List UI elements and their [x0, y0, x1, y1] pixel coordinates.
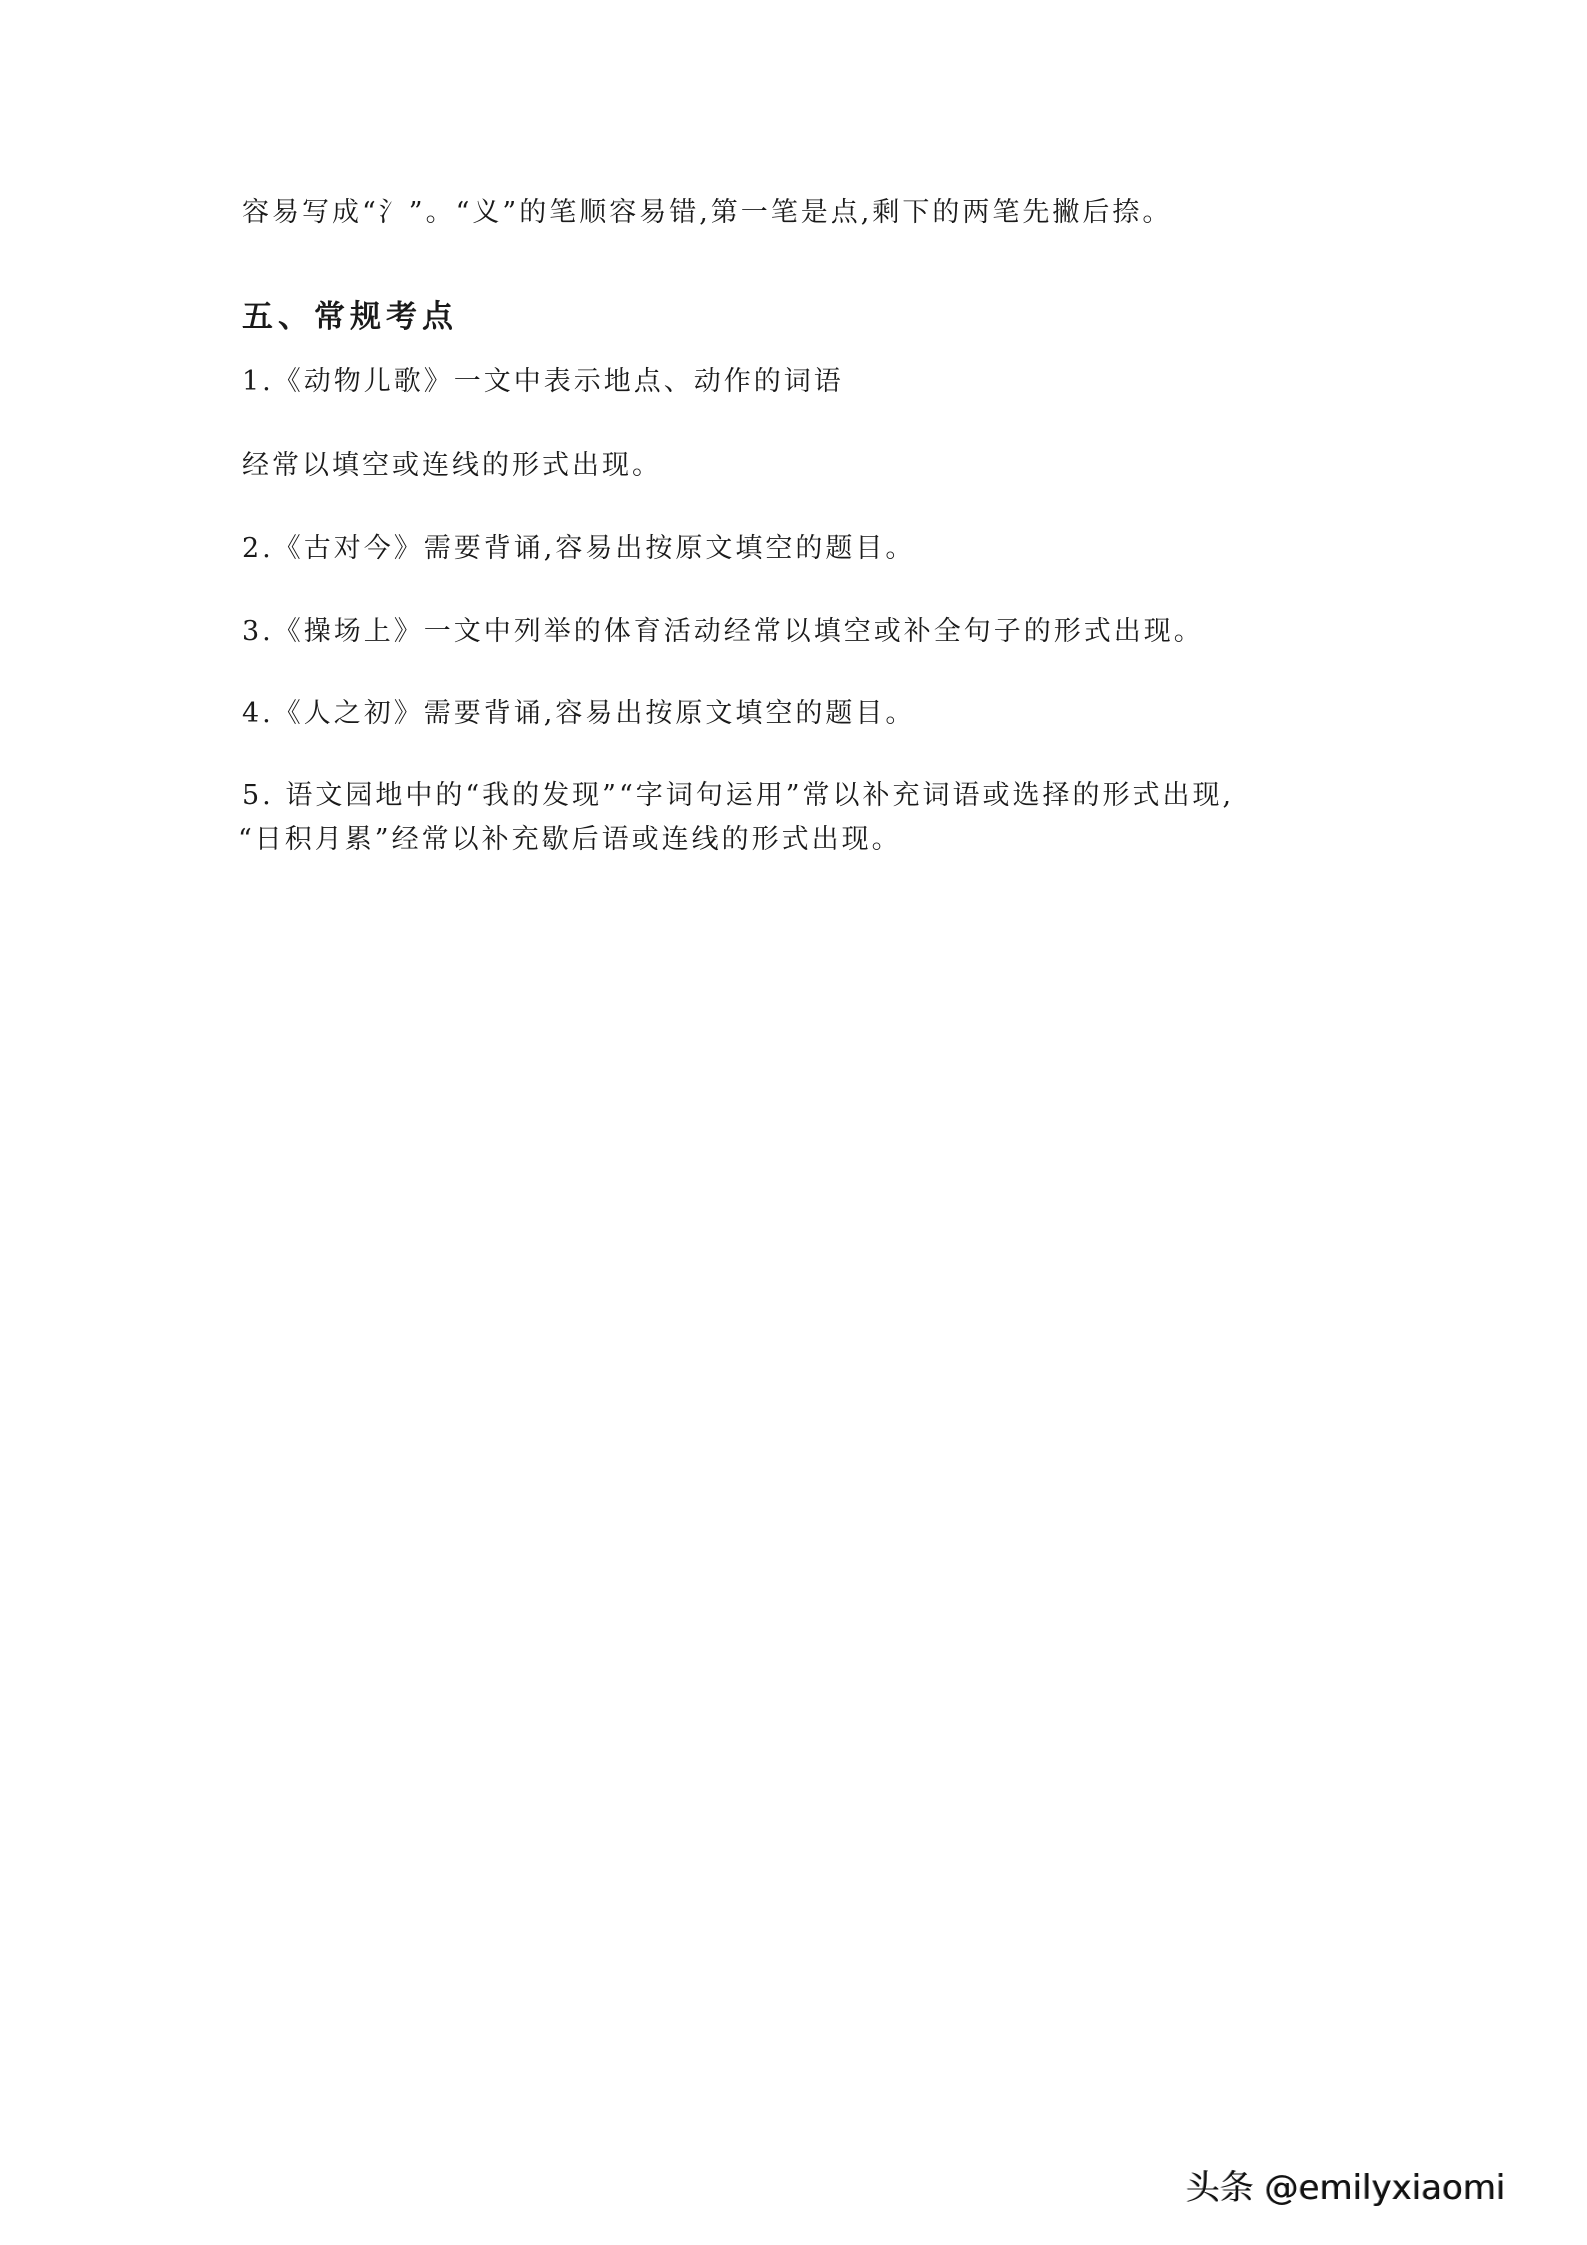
continuation-paragraph: 容易写成“氵”。“义”的笔顺容易错,第一笔是点,剩下的两笔先撇后捺。	[242, 196, 1172, 230]
list-item-2: 2.《古对今》需要背诵,容易出按原文填空的题目。	[242, 532, 915, 566]
document-page: 容易写成“氵”。“义”的笔顺容易错,第一笔是点,剩下的两笔先撇后捺。 五、常规考…	[0, 0, 1587, 2245]
list-item-1-line-2: 经常以填空或连线的形式出现。	[242, 449, 662, 483]
watermark: 头条 @emilyxiaomi	[1186, 2168, 1506, 2208]
list-item-3: 3.《操场上》一文中列举的体育活动经常以填空或补全句子的形式出现。	[242, 615, 1204, 649]
list-item-5-line-1: 5. 语文园地中的“我的发现”“字词句运用”常以补充词语或选择的形式出现,	[242, 779, 1234, 813]
list-item-1-line-1: 1.《动物儿歌》一文中表示地点、动作的词语	[242, 365, 844, 399]
list-item-4: 4.《人之初》需要背诵,容易出按原文填空的题目。	[242, 697, 915, 731]
list-item-5-line-2: “日积月累”经常以补充歇后语或连线的形式出现。	[238, 823, 902, 857]
section-heading: 五、常规考点	[242, 298, 458, 336]
